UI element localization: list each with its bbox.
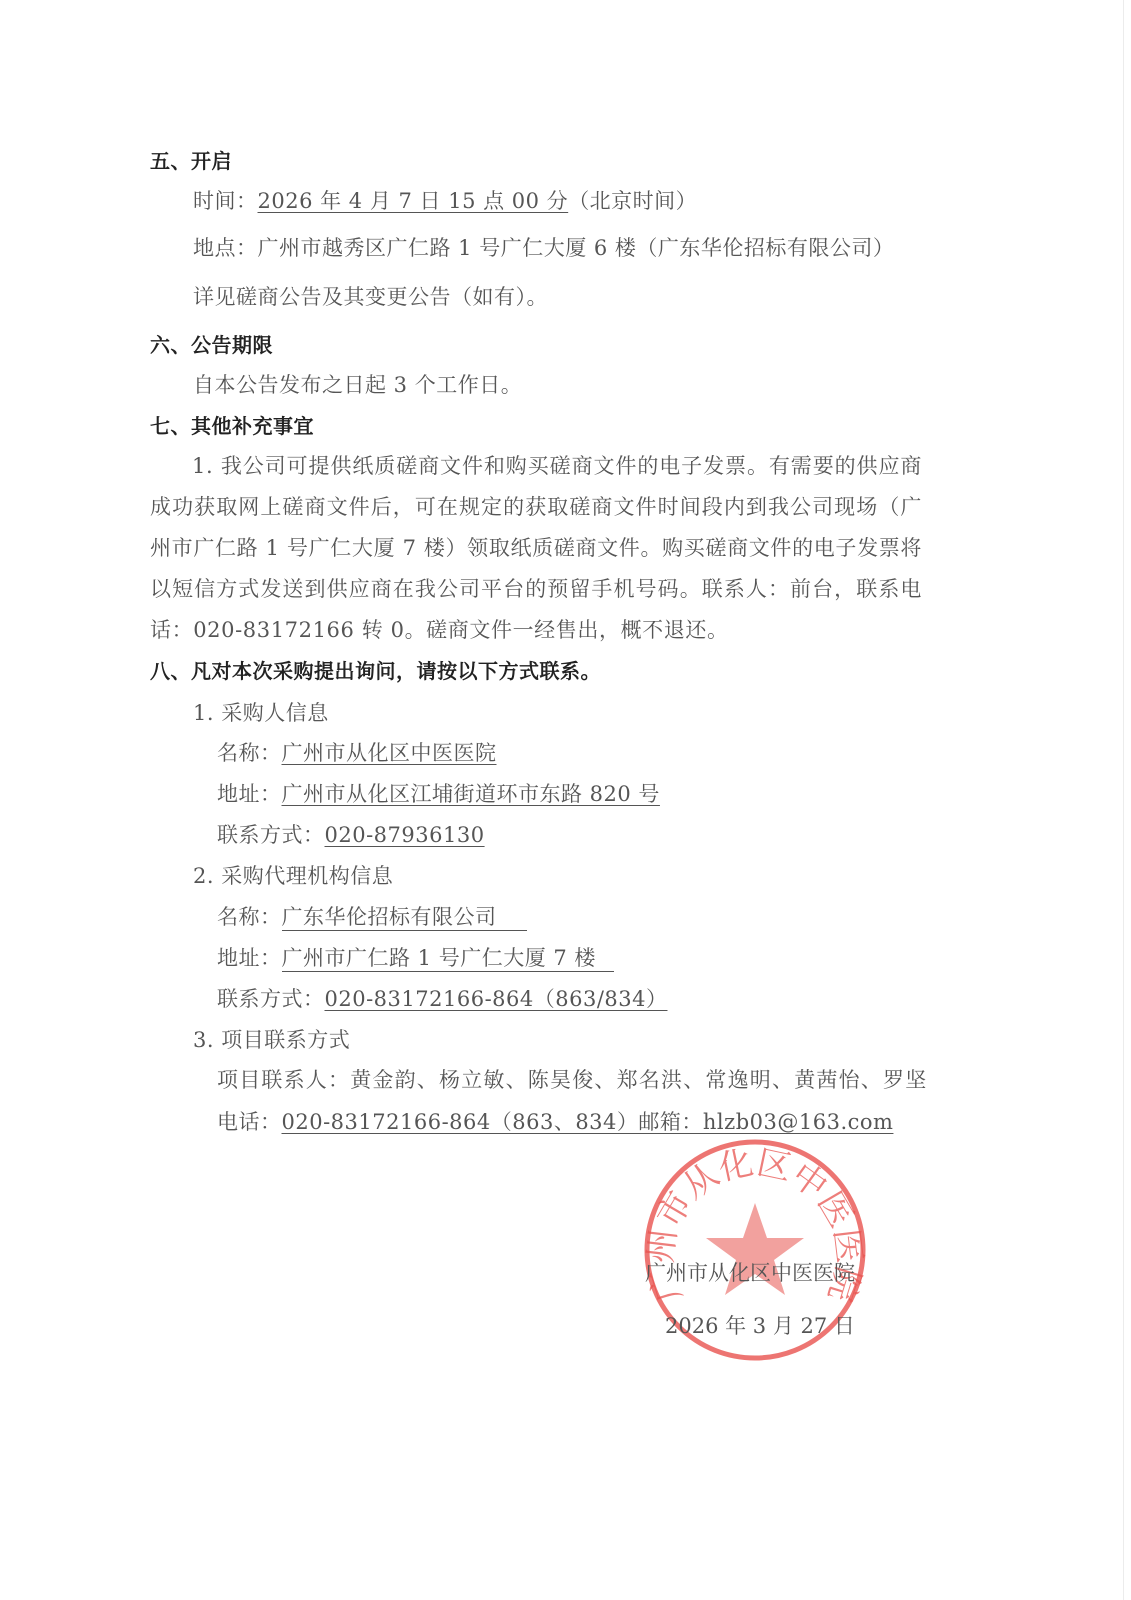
time-value: 2026 年 4 月 7 日 15 点 00 分 (258, 189, 569, 213)
agency-contact-label: 联系方式： (217, 987, 325, 1011)
signature-org: 广州市从化区中医医院 (645, 1258, 855, 1288)
project-phone-value: 020-83172166-864（863、834）邮箱：hlzb03@163.c… (282, 1110, 894, 1134)
purchaser-title: 1. 采购人信息 (193, 698, 329, 728)
agency-title: 2. 采购代理机构信息 (193, 861, 393, 891)
agency-name-value: 广东华伦招标有限公司 (282, 904, 527, 931)
agency-contact: 联系方式：020-83172166-864（863/834） (217, 984, 667, 1014)
signature-date: 2026 年 3 月 27 日 (665, 1311, 855, 1341)
purchaser-contact-value: 020-87936130 (325, 823, 485, 847)
purchaser-address-label: 地址： (217, 782, 282, 806)
time-label: 时间： (193, 189, 258, 213)
project-phone-label: 电话： (217, 1110, 282, 1134)
section-seven-heading: 七、其他补充事宜 (150, 411, 314, 441)
agency-name: 名称：广东华伦招标有限公司 (217, 902, 527, 932)
opening-place: 地点：广州市越秀区广仁路 1 号广仁大厦 6 楼（广东华伦招标有限公司） (193, 233, 894, 263)
place-label: 地点： (193, 236, 258, 260)
agency-address: 地址：广州市广仁路 1 号广仁大厦 7 楼 (217, 943, 614, 973)
purchaser-name-label: 名称： (217, 741, 282, 765)
purchaser-contact-label: 联系方式： (217, 823, 325, 847)
time-suffix: （北京时间） (568, 189, 697, 213)
project-contacts: 项目联系人：黄金韵、杨立敏、陈昊俊、郑名洪、常逸明、黄茜怡、罗坚 (217, 1065, 927, 1095)
project-phone: 电话：020-83172166-864（863、834）邮箱：hlzb03@16… (217, 1107, 893, 1137)
scan-edge (1123, 0, 1124, 1600)
project-people-value: 黄金韵、杨立敏、陈昊俊、郑名洪、常逸明、黄茜怡、罗坚 (350, 1068, 927, 1092)
section-five-heading: 五、开启 (150, 146, 232, 176)
purchaser-address: 地址：广州市从化区江埔街道环市东路 820 号 (217, 779, 660, 809)
project-contact-title: 3. 项目联系方式 (193, 1025, 350, 1055)
purchaser-contact: 联系方式：020-87936130 (217, 820, 485, 850)
opening-note: 详见磋商公告及其变更公告（如有）。 (193, 282, 548, 312)
agency-address-value: 广州市广仁路 1 号广仁大厦 7 楼 (282, 945, 614, 972)
purchaser-address-value: 广州市从化区江埔街道环市东路 820 号 (282, 782, 660, 806)
purchaser-name-value: 广州市从化区中医医院 (282, 741, 497, 765)
agency-contact-value: 020-83172166-864（863/834） (325, 987, 668, 1011)
section-eight-heading: 八、凡对本次采购提出询问，请按以下方式联系。 (150, 656, 601, 686)
place-value: 广州市越秀区广仁路 1 号广仁大厦 6 楼（广东华伦招标有限公司） (258, 236, 895, 260)
supplementary-paragraph: 1. 我公司可提供纸质磋商文件和购买磋商文件的电子发票。有需要的供应商成功获取网… (150, 446, 922, 651)
opening-time: 时间：2026 年 4 月 7 日 15 点 00 分（北京时间） (193, 186, 697, 216)
agency-address-label: 地址： (217, 946, 282, 970)
purchaser-name: 名称：广州市从化区中医医院 (217, 738, 497, 768)
agency-name-label: 名称： (217, 905, 282, 929)
section-six-heading: 六、公告期限 (150, 330, 273, 360)
project-people-label: 项目联系人： (217, 1068, 350, 1092)
notice-period-text: 自本公告发布之日起 3 个工作日。 (193, 370, 522, 400)
